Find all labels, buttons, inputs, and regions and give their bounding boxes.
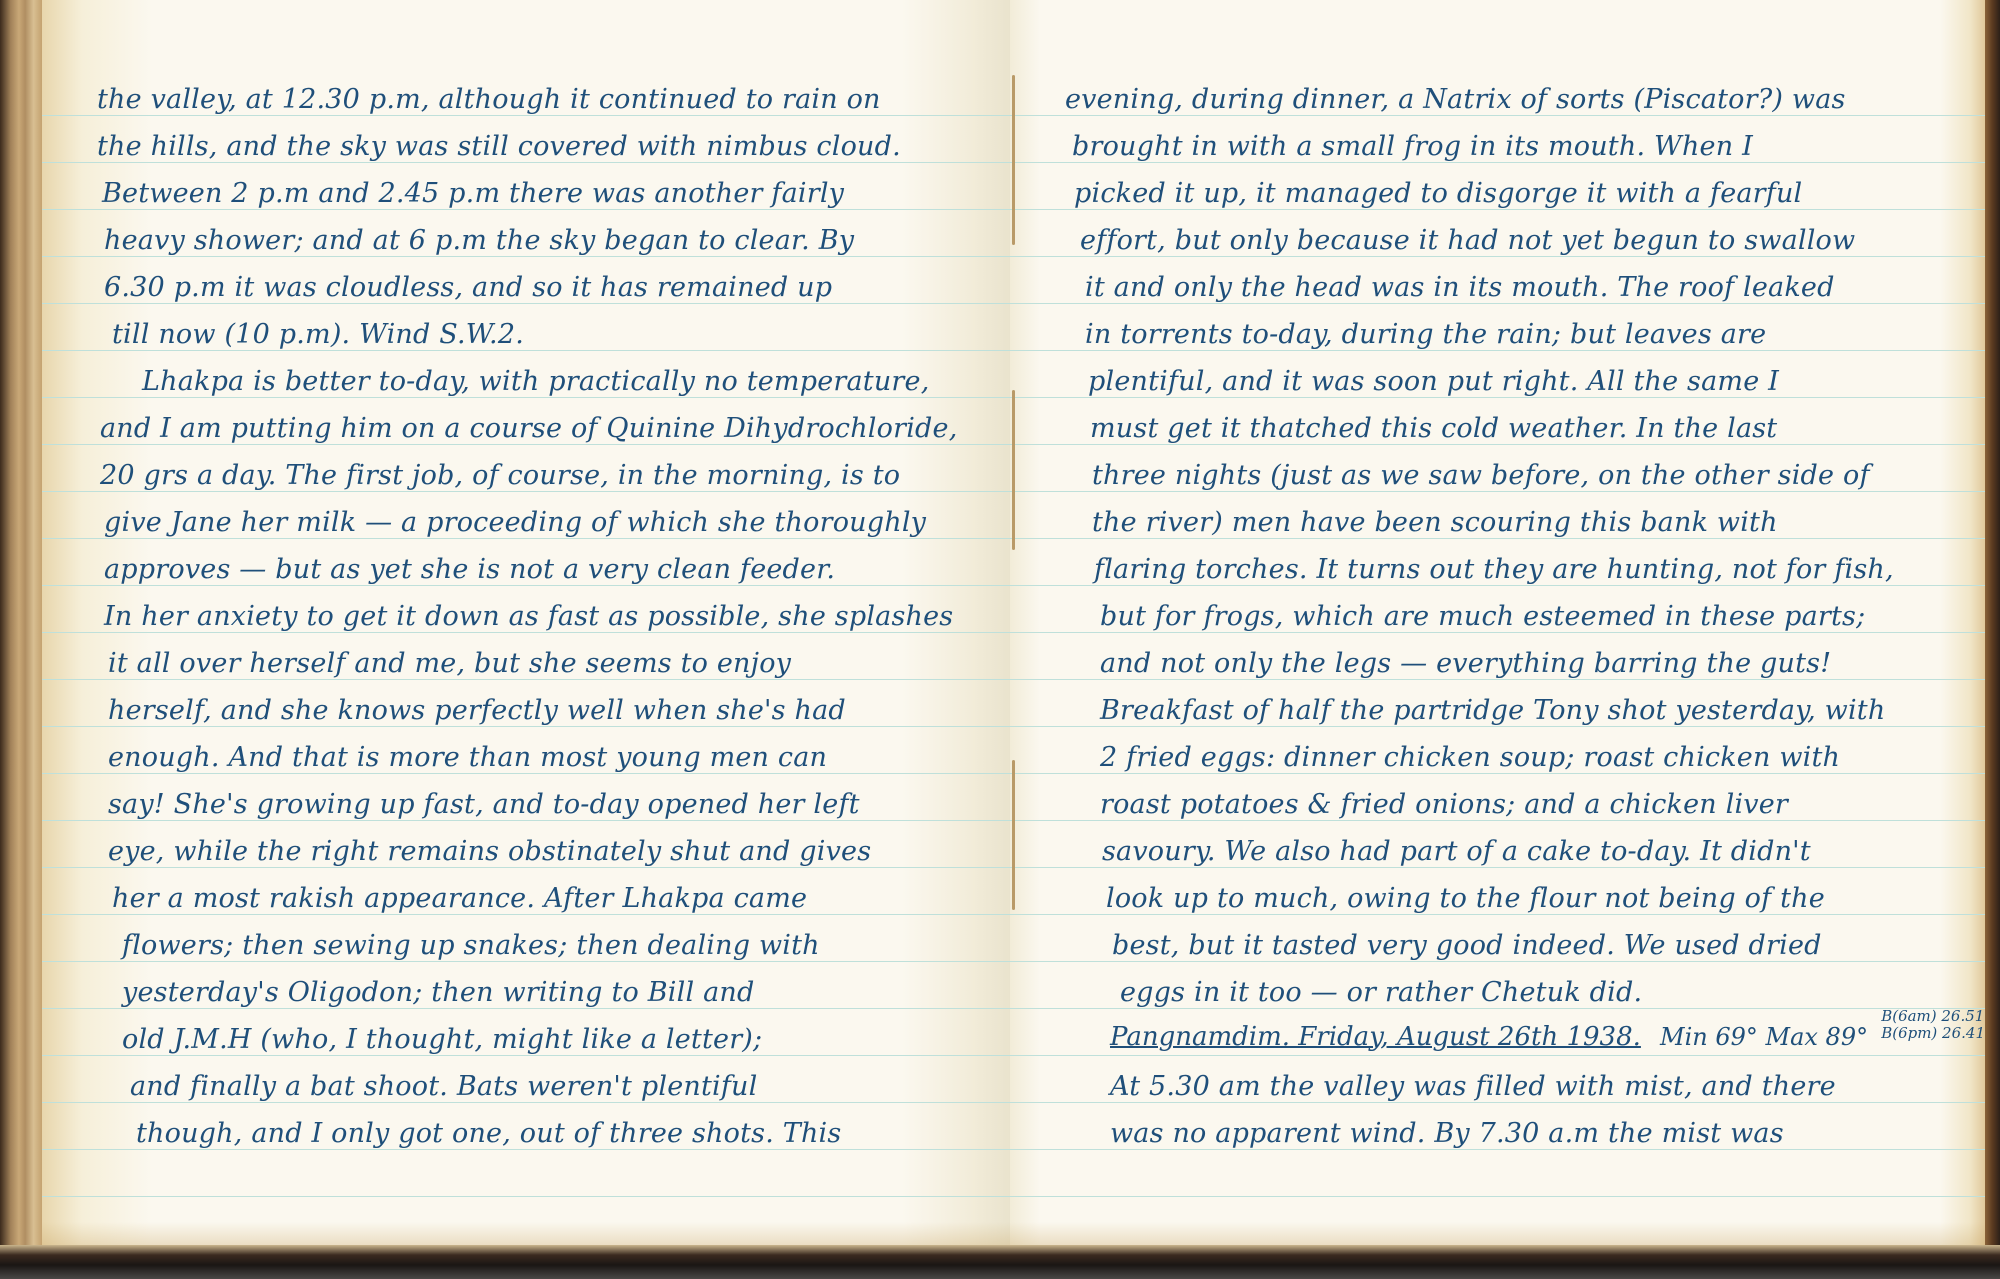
text-line: savoury. We also had part of a cake to-d…: [1102, 836, 1811, 867]
text-line: Between 2 p.m and 2.45 p.m there was ano…: [102, 178, 844, 209]
text-line: the valley, at 12.30 p.m, although it co…: [97, 84, 881, 115]
text-line: 2 fried eggs: dinner chicken soup; roast…: [1100, 742, 1840, 773]
text-line: In her anxiety to get it down as fast as…: [104, 601, 953, 632]
text-line: yesterday's Oligodon; then writing to Bi…: [122, 977, 754, 1008]
entry-temperatures: Min 69° Max 89°: [1660, 1023, 1868, 1051]
left-page: the valley, at 12.30 p.m, although it co…: [42, 0, 1010, 1262]
text-line: best, but it tasted very good indeed. We…: [1112, 930, 1822, 961]
text-line: 6.30 p.m it was cloudless, and so it has…: [104, 272, 832, 303]
entry-date-location: Pangnamdim. Friday, August 26th 1938.: [1110, 1022, 1641, 1052]
entry-barometer: B(6am) 26.51 B(6pm) 26.41: [1881, 1008, 1985, 1042]
text-line: though, and I only got one, out of three…: [136, 1118, 841, 1149]
book-bottom-edge: [0, 1245, 2000, 1279]
text-line: roast potatoes & fried onions; and a chi…: [1100, 789, 1788, 820]
text-line: Breakfast of half the partridge Tony sho…: [1100, 695, 1885, 726]
text-line: the river) men have been scouring this b…: [1092, 507, 1778, 538]
text-line: eggs in it too — or rather Chetuk did.: [1120, 977, 1642, 1008]
text-line: was no apparent wind. By 7.30 a.m the mi…: [1110, 1118, 1784, 1149]
text-line: and I am putting him on a course of Quin…: [100, 413, 957, 444]
text-line: 20 grs a day. The first job, of course, …: [100, 460, 900, 491]
binding-stitch: [1012, 75, 1015, 245]
text-line: effort, but only because it had not yet …: [1080, 225, 1855, 256]
text-line: it and only the head was in its mouth. T…: [1085, 272, 1835, 303]
text-line: old J.M.H (who, I thought, might like a …: [122, 1024, 762, 1055]
text-line: it all over herself and me, but she seem…: [108, 648, 791, 679]
barometer-pm: B(6pm) 26.41: [1881, 1024, 1985, 1042]
text-line: but for frogs, which are much esteemed i…: [1100, 601, 1865, 632]
text-line: heavy shower; and at 6 p.m the sky began…: [104, 225, 854, 256]
left-page-edges: [0, 0, 42, 1262]
text-line: her a most rakish appearance. After Lhak…: [112, 883, 807, 914]
text-line: brought in with a small frog in its mout…: [1072, 131, 1753, 162]
open-notebook: the valley, at 12.30 p.m, although it co…: [0, 0, 2000, 1262]
text-line: approves — but as yet she is not a very …: [104, 554, 835, 585]
binding-stitch: [1012, 390, 1015, 550]
binding-stitch: [1012, 760, 1015, 910]
diary-entry-header: Pangnamdim. Friday, August 26th 1938. Mi…: [1110, 1022, 1985, 1056]
text-line: picked it up, it managed to disgorge it …: [1074, 178, 1802, 209]
text-line: plentiful, and it was soon put right. Al…: [1088, 366, 1779, 397]
text-line: flaring torches. It turns out they are h…: [1094, 554, 1894, 585]
text-line: enough. And that is more than most young…: [108, 742, 827, 773]
text-line: and finally a bat shoot. Bats weren't pl…: [130, 1071, 757, 1102]
paragraph-start-line: Lhakpa is better to-day, with practicall…: [142, 366, 930, 397]
text-line: and not only the legs — everything barri…: [1100, 648, 1831, 679]
right-page: evening, during dinner, a Natrix of sort…: [1010, 0, 1985, 1262]
text-line: till now (10 p.m). Wind S.W.2.: [112, 319, 524, 350]
text-line: herself, and she knows perfectly well wh…: [108, 695, 846, 726]
text-line: give Jane her milk — a proceeding of whi…: [104, 507, 926, 538]
text-line: evening, during dinner, a Natrix of sort…: [1065, 84, 1846, 115]
text-line: the hills, and the sky was still covered…: [97, 131, 901, 162]
text-line: At 5.30 am the valley was filled with mi…: [1110, 1071, 1836, 1102]
right-cover-edge: [1985, 0, 2000, 1262]
text-line: flowers; then sewing up snakes; then dea…: [122, 930, 820, 961]
text-line: must get it thatched this cold weather. …: [1090, 413, 1777, 444]
barometer-am: B(6am) 26.51: [1881, 1007, 1984, 1025]
text-line: three nights (just as we saw before, on …: [1092, 460, 1870, 491]
text-line: in torrents to-day, during the rain; but…: [1085, 319, 1766, 350]
text-line: eye, while the right remains obstinately…: [108, 836, 871, 867]
text-line: say! She's growing up fast, and to-day o…: [108, 789, 860, 820]
text-line: look up to much, owing to the flour not …: [1106, 883, 1825, 914]
